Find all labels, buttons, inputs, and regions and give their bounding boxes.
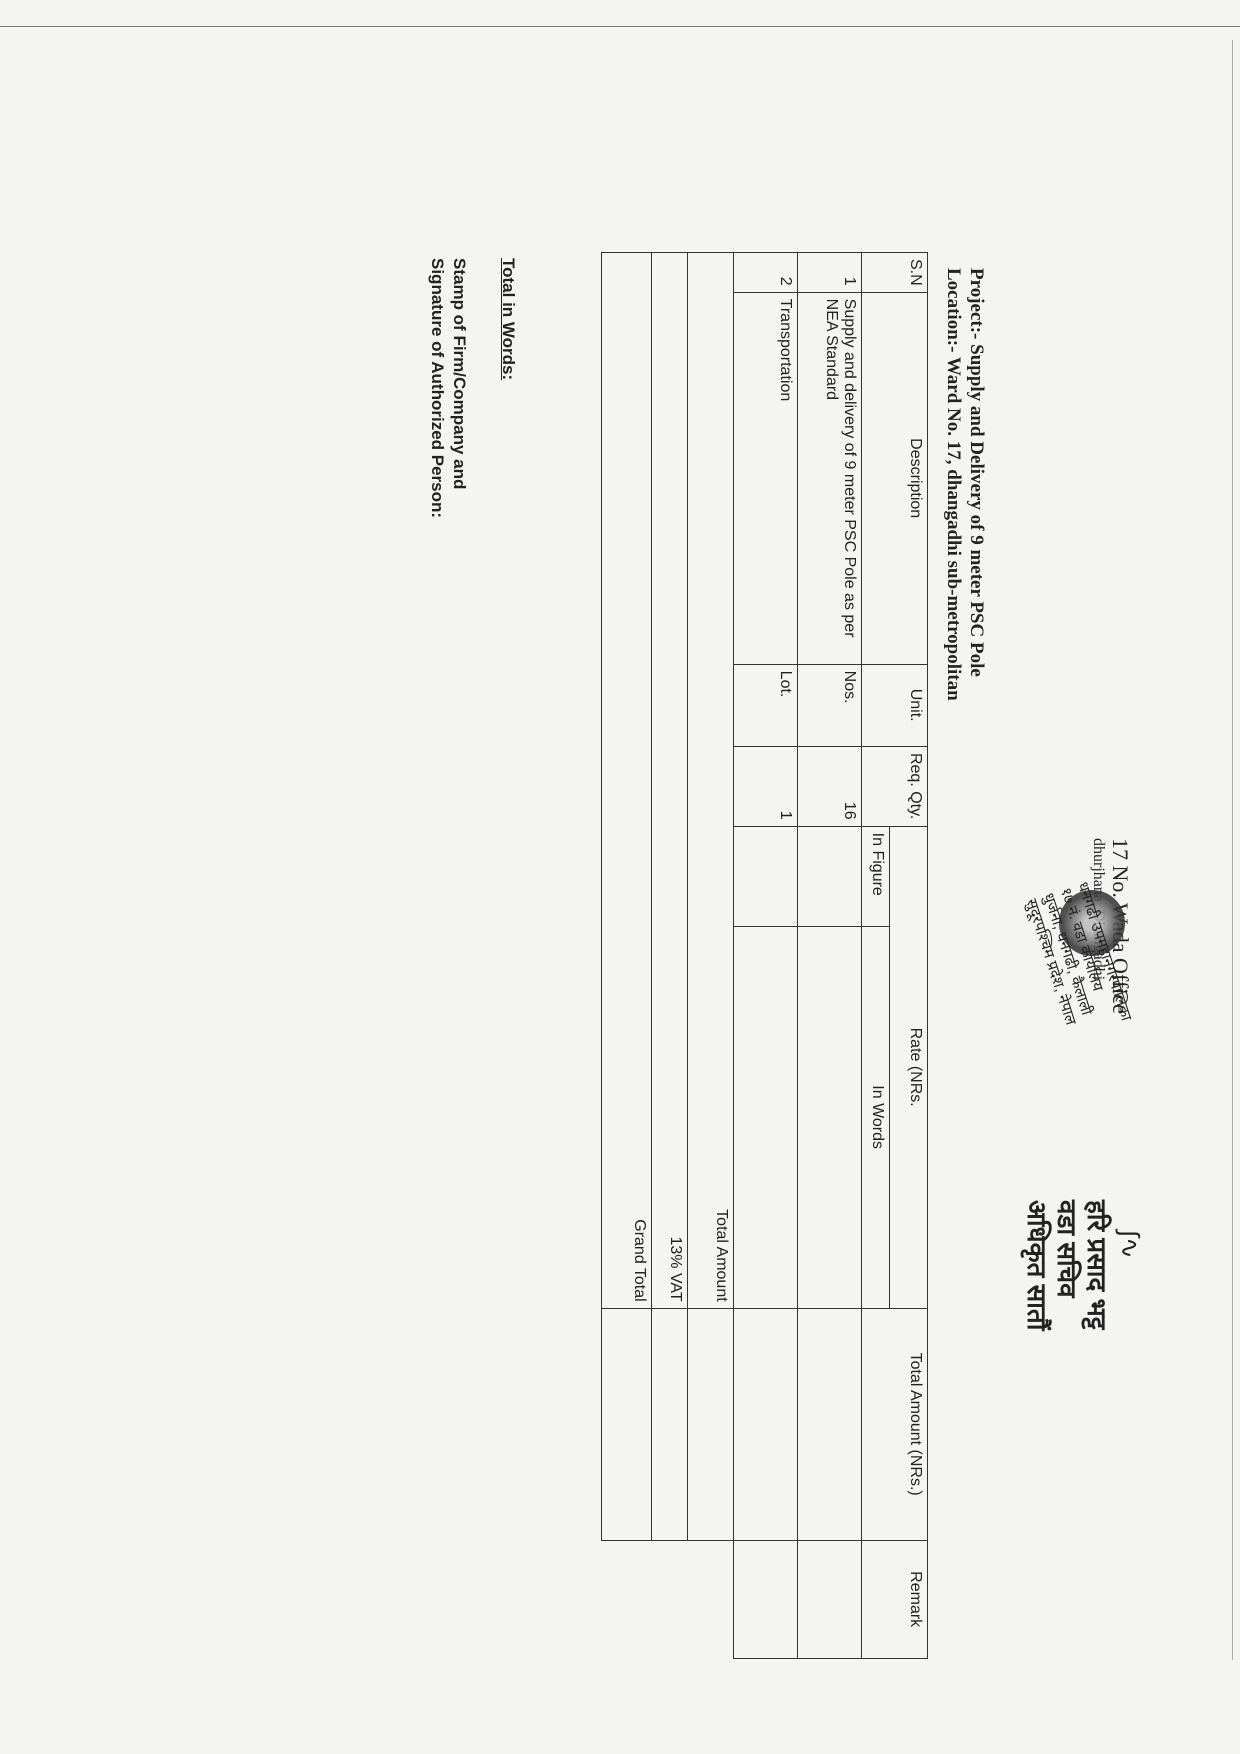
- table-row: 1 Supply and delivery of 9 meter PSC Pol…: [798, 253, 862, 1659]
- header-description: Description: [862, 292, 928, 664]
- summary-row-total: Total Amount: [688, 253, 734, 1659]
- row-unit: Lot.: [734, 664, 798, 746]
- row-rate-figure[interactable]: [798, 826, 862, 926]
- project-info: Project:- Supply and Delivery of 9 meter…: [942, 268, 988, 701]
- project-line: Project:- Supply and Delivery of 9 meter…: [965, 268, 988, 701]
- header-rate: Rate (NRs.: [890, 826, 928, 1308]
- row-rate-words[interactable]: [798, 926, 862, 1308]
- header-total-amount: Total Amount (NRs.): [862, 1308, 928, 1540]
- summary-grand-total-value[interactable]: [602, 1308, 652, 1540]
- location-line: Location:- Ward No. 17, dhangadhi sub-me…: [942, 268, 965, 701]
- row-remark[interactable]: [798, 1540, 862, 1658]
- row-unit: Nos.: [798, 664, 862, 746]
- total-in-words-label: Total in Words:: [498, 258, 518, 380]
- row-rate-words[interactable]: [734, 926, 798, 1308]
- rotated-page: 17 No. Wada Office dhurjhana, Dhangadhi …: [0, 0, 1240, 1754]
- row-qty: 16: [798, 746, 862, 826]
- row-rate-figure[interactable]: [734, 826, 798, 926]
- header-remark: Remark: [862, 1540, 928, 1658]
- signatory-block: हरि प्रसाद भट्ट वडा सचिव अधिकृत सातौं: [1022, 1200, 1112, 1330]
- row-remark[interactable]: [734, 1540, 798, 1658]
- row-qty: 1: [734, 746, 798, 826]
- header-req-qty: Req. Qty.: [862, 746, 928, 826]
- row-total[interactable]: [798, 1308, 862, 1540]
- summary-row-grand-total: Grand Total: [602, 253, 652, 1659]
- signature-scribble-icon: ∫∿: [1114, 1230, 1145, 1259]
- header-in-figure: In Figure: [862, 826, 890, 926]
- stamp-signature-label: Stamp of Firm/Company and Signature of A…: [426, 258, 470, 518]
- row-description: Transportation: [734, 292, 798, 664]
- summary-row-vat: 13% VAT: [652, 253, 688, 1659]
- table-row: 2 Transportation Lot. 1: [734, 253, 798, 1659]
- row-description: Supply and delivery of 9 meter PSC Pole …: [798, 292, 862, 664]
- summary-total-value[interactable]: [688, 1308, 734, 1540]
- summary-vat-value[interactable]: [652, 1308, 688, 1540]
- row-total[interactable]: [734, 1308, 798, 1540]
- header-sn: S.N: [862, 253, 928, 293]
- header-in-words: In Words: [862, 926, 890, 1308]
- header-unit: Unit.: [862, 664, 928, 746]
- quotation-table: S.N Description Unit. Req. Qty. Rate (NR…: [601, 252, 928, 1659]
